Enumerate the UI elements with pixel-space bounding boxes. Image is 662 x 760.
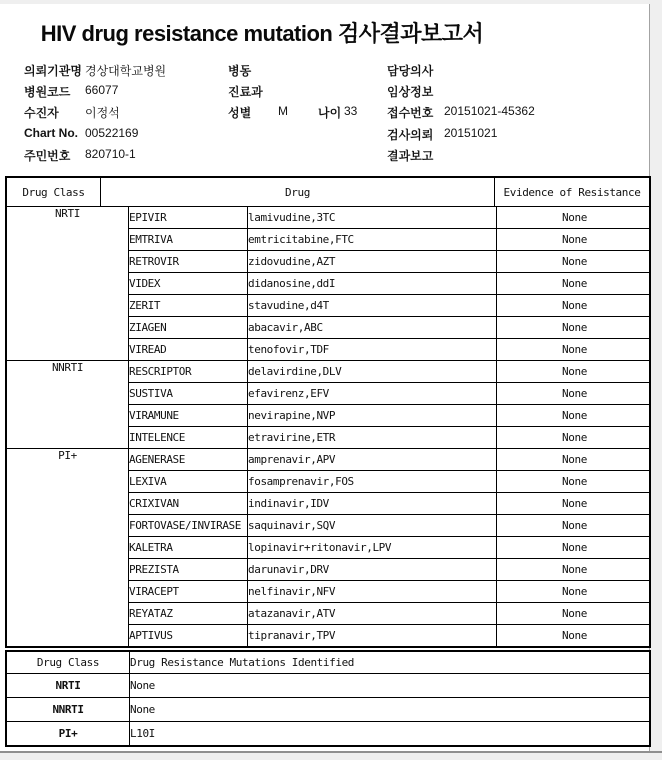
evidence-cell: None xyxy=(497,449,652,471)
patient-label: 수진자 xyxy=(24,104,59,121)
evidence-cell: None xyxy=(497,383,652,405)
header-evidence: Evidence of Resistance xyxy=(494,178,649,206)
evidence-cell: None xyxy=(497,405,652,427)
drug-row: NNRTIRESCRIPTORdelavirdine,DLVNone xyxy=(7,361,652,383)
drug-generic-cell: indinavir,IDV xyxy=(248,493,497,515)
clinical-info-label: 임상정보 xyxy=(387,83,433,100)
drug-class-cell: NNRTI xyxy=(7,361,129,449)
evidence-cell: None xyxy=(497,339,652,361)
chart-no-label: Chart No. xyxy=(24,126,78,140)
ward-label: 병동 xyxy=(228,62,251,79)
evidence-cell: None xyxy=(497,515,652,537)
drug-brand-cell: LEXIVA xyxy=(129,471,248,493)
drug-brand-cell: PREZISTA xyxy=(129,559,248,581)
drug-generic-cell: nelfinavir,NFV xyxy=(248,581,497,603)
drug-brand-cell: RETROVIR xyxy=(129,251,248,273)
drug-brand-cell: REYATAZ xyxy=(129,603,248,625)
drug-brand-cell: VIRAMUNE xyxy=(129,405,248,427)
evidence-cell: None xyxy=(497,361,652,383)
patient-name-value: 이정석 xyxy=(85,104,120,121)
drug-brand-cell: AGENERASE xyxy=(129,449,248,471)
chart-no-value: 00522169 xyxy=(85,126,138,140)
report-title: HIV drug resistance mutation 검사결과보고서 xyxy=(0,17,524,48)
evidence-cell: None xyxy=(497,251,652,273)
resident-id-label: 주민번호 xyxy=(24,147,70,164)
mutation-drug-class-cell: NRTI xyxy=(7,674,130,698)
mutation-drug-class-cell: NNRTI xyxy=(7,698,130,722)
drug-brand-cell: VIRACEPT xyxy=(129,581,248,603)
drug-generic-cell: delavirdine,DLV xyxy=(248,361,497,383)
window-bottom-edge xyxy=(0,751,662,753)
drug-brand-cell: EPIVIR xyxy=(129,207,248,229)
drug-generic-cell: amprenavir,APV xyxy=(248,449,497,471)
header-drug: Drug xyxy=(100,178,494,206)
mutation-header-drug-class: Drug Class xyxy=(7,652,130,674)
drug-generic-cell: didanosine,ddI xyxy=(248,273,497,295)
drug-generic-cell: lopinavir+ritonavir,LPV xyxy=(248,537,497,559)
institution-label: 의뢰기관명 xyxy=(24,62,82,79)
mutation-row: PI+L10I xyxy=(7,722,650,746)
mutation-value-cell: L10I xyxy=(130,722,650,746)
resistance-table-header: Drug Class Drug Evidence of Resistance xyxy=(7,178,649,207)
result-report-label: 결과보고 xyxy=(387,147,433,164)
drug-brand-cell: RESCRIPTOR xyxy=(129,361,248,383)
evidence-cell: None xyxy=(497,273,652,295)
drug-generic-cell: etravirine,ETR xyxy=(248,427,497,449)
drug-generic-cell: fosamprenavir,FOS xyxy=(248,471,497,493)
department-label: 진료과 xyxy=(228,83,263,100)
drug-brand-cell: VIDEX xyxy=(129,273,248,295)
evidence-cell: None xyxy=(497,537,652,559)
receipt-no-label: 접수번호 xyxy=(387,104,433,121)
drug-generic-cell: emtricitabine,FTC xyxy=(248,229,497,251)
header-drug-class: Drug Class xyxy=(7,178,100,206)
resistance-table: Drug Class Drug Evidence of Resistance N… xyxy=(5,176,651,648)
evidence-cell: None xyxy=(497,603,652,625)
age-label: 나이 xyxy=(318,104,341,121)
drug-generic-cell: abacavir,ABC xyxy=(248,317,497,339)
drug-brand-cell: KALETRA xyxy=(129,537,248,559)
drug-generic-cell: atazanavir,ATV xyxy=(248,603,497,625)
evidence-cell: None xyxy=(497,317,652,339)
mutation-value-cell: None xyxy=(130,698,650,722)
resident-id-value: 820710-1 xyxy=(85,147,136,161)
mutation-table-header-row: Drug Class Drug Resistance Mutations Ide… xyxy=(7,652,650,674)
evidence-cell: None xyxy=(497,625,652,647)
mutation-row: NRTINone xyxy=(7,674,650,698)
sex-label: 성별 xyxy=(228,104,251,121)
mutation-drug-class-cell: PI+ xyxy=(7,722,130,746)
evidence-cell: None xyxy=(497,427,652,449)
age-value: 33 xyxy=(344,104,357,118)
drug-generic-cell: zidovudine,AZT xyxy=(248,251,497,273)
evidence-cell: None xyxy=(497,559,652,581)
institution-value: 경상대학교병원 xyxy=(85,62,166,79)
sex-value: M xyxy=(278,104,288,118)
drug-generic-cell: lamivudine,3TC xyxy=(248,207,497,229)
mutation-value-cell: None xyxy=(130,674,650,698)
drug-generic-cell: stavudine,d4T xyxy=(248,295,497,317)
drug-generic-cell: saquinavir,SQV xyxy=(248,515,497,537)
test-request-label: 검사의뢰 xyxy=(387,126,433,143)
drug-generic-cell: tenofovir,TDF xyxy=(248,339,497,361)
drug-row: NRTIEPIVIRlamivudine,3TCNone xyxy=(7,207,652,229)
drug-brand-cell: ZERIT xyxy=(129,295,248,317)
mutation-table: Drug Class Drug Resistance Mutations Ide… xyxy=(5,650,651,747)
drug-brand-cell: VIREAD xyxy=(129,339,248,361)
drug-brand-cell: ZIAGEN xyxy=(129,317,248,339)
drug-generic-cell: darunavir,DRV xyxy=(248,559,497,581)
report-screen: HIV drug resistance mutation 검사결과보고서 의뢰기… xyxy=(0,0,662,760)
mutation-row: NNRTINone xyxy=(7,698,650,722)
evidence-cell: None xyxy=(497,295,652,317)
evidence-cell: None xyxy=(497,493,652,515)
hospital-code-value: 66077 xyxy=(85,83,118,97)
drug-brand-cell: FORTOVASE/INVIRASE xyxy=(129,515,248,537)
resistance-table-body: NRTIEPIVIRlamivudine,3TCNoneEMTRIVAemtri… xyxy=(6,206,651,647)
drug-generic-cell: tipranavir,TPV xyxy=(248,625,497,647)
drug-class-cell: NRTI xyxy=(7,207,129,361)
drug-brand-cell: INTELENCE xyxy=(129,427,248,449)
evidence-cell: None xyxy=(497,581,652,603)
drug-generic-cell: nevirapine,NVP xyxy=(248,405,497,427)
drug-brand-cell: APTIVUS xyxy=(129,625,248,647)
drug-row: PI+AGENERASEamprenavir,APVNone xyxy=(7,449,652,471)
mutation-header-mutations: Drug Resistance Mutations Identified xyxy=(130,652,650,674)
evidence-cell: None xyxy=(497,471,652,493)
mutation-table-body: Drug Class Drug Resistance Mutations Ide… xyxy=(6,651,650,746)
drug-class-cell: PI+ xyxy=(7,449,129,647)
drug-brand-cell: EMTRIVA xyxy=(129,229,248,251)
evidence-cell: None xyxy=(497,207,652,229)
evidence-cell: None xyxy=(497,229,652,251)
doctor-label: 담당의사 xyxy=(387,62,433,79)
test-request-value: 20151021 xyxy=(444,126,497,140)
drug-brand-cell: CRIXIVAN xyxy=(129,493,248,515)
hospital-code-label: 병원코드 xyxy=(24,83,70,100)
drug-generic-cell: efavirenz,EFV xyxy=(248,383,497,405)
drug-brand-cell: SUSTIVA xyxy=(129,383,248,405)
receipt-no-value: 20151021-45362 xyxy=(444,104,535,118)
